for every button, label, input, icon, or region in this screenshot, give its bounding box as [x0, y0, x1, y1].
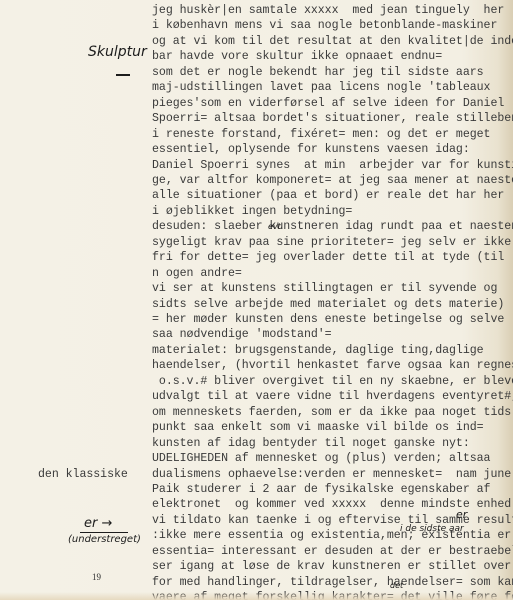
text-line-17: fri for dette= jeg overlader dette til a…: [152, 251, 513, 265]
text-line-left-fragment: den klassiske: [38, 468, 128, 482]
text-line-22: saa nødvendige 'modstand'=: [152, 328, 332, 342]
text-line-3: og at vi kom til det resultat at den kva…: [152, 35, 513, 49]
text-line-21: = her møder kunsten dens eneste betingel…: [152, 313, 504, 327]
text-line-8: Spoerri= altsaa bordet's situationer, re…: [152, 112, 513, 126]
text-line-18: n ogen andre=: [152, 267, 242, 281]
insert-note-evt: evt.: [268, 222, 283, 231]
text-line-23: materialet: brugsgenstande, daglige ting…: [152, 344, 484, 358]
text-line-14: i øjeblikket ingen betydning=: [152, 205, 352, 219]
text-line-29: kunsten af idag bentyder til noget gansk…: [152, 437, 470, 451]
insert-note-er: er: [456, 508, 467, 521]
text-line-31: dualismens ophaevelse:verden er menneske…: [152, 468, 511, 482]
text-line-5: som det er nogle bekendt har jeg til sid…: [152, 66, 484, 80]
page-bottom-edge: [0, 592, 513, 600]
text-line-24: haendelser, (hvortil henkastet farve ogs…: [152, 359, 513, 373]
text-line-27: om menneskets faerden, som er da ikke pa…: [152, 406, 511, 420]
page-number: 19: [92, 572, 101, 582]
margin-note-er-arrow: er →: [84, 516, 112, 531]
text-line-20: sidts selve arbejde med materialet og de…: [152, 298, 504, 312]
margin-note-understreget: (understreget): [68, 534, 141, 545]
text-line-12: ge, var altfor komponeret= at jeg saa me…: [152, 174, 513, 188]
insert-note-det: det: [390, 581, 403, 590]
text-line-19: vi ser at kunstens stillingtagen er til …: [152, 282, 497, 296]
text-line-2: i københavn mens vi saa nogle betonbland…: [152, 19, 497, 33]
text-line-16: sygeligt krav paa sine prioriteter= jeg …: [152, 236, 511, 250]
margin-note-skulptur: Skulptur: [88, 44, 147, 60]
text-line-36: essentia= interessant er desuden at der …: [152, 545, 513, 559]
text-line-38: for med handlinger, tildragelser, haende…: [152, 576, 513, 590]
text-line-32: Paik studerer i 2 aar de fysikalske egen…: [152, 483, 490, 497]
text-line-10: essentiel, oplysende for kunstens vaesen…: [152, 143, 470, 157]
text-line-11: Daniel Spoerri synes at min arbejder var…: [152, 159, 513, 173]
margin-dash-mark: [116, 74, 130, 76]
text-line-7: pieges'som en viderførsel af selve ideen…: [152, 97, 504, 111]
insert-note-i-de-sidste-aar: i de sidste aar: [400, 524, 464, 534]
text-line-30: UDELIGHEDEN af mennesket og (plus) verde…: [152, 452, 490, 466]
text-line-13: alle situationer (paa et bord) er reale …: [152, 189, 504, 203]
text-line-26: udvalgt til at vaere vidne til hverdagen…: [152, 390, 513, 404]
text-line-6: maj-udstillingen lavet paa licens nogle …: [152, 81, 490, 95]
text-line-25: o.s.v.# bliver overgivet til en ny skaeb…: [152, 375, 513, 389]
text-line-37: ser igang at løse de krav kunstneren er …: [152, 560, 511, 574]
text-line-9: i reneste forstand, fixéret= men: og det…: [152, 128, 490, 142]
text-line-4: bar havde vore skultur ikke opnaaet endn…: [152, 50, 442, 64]
text-line-15: desuden: slaeber kunstneren idag rundt p…: [152, 220, 513, 234]
text-line-28: punkt saa enkelt som vi maaske vil bilde…: [152, 421, 484, 435]
margin-underline-mark: [80, 532, 128, 533]
text-line-1: jeg huskèr|en samtale xxxxx med jean tin…: [152, 4, 504, 18]
